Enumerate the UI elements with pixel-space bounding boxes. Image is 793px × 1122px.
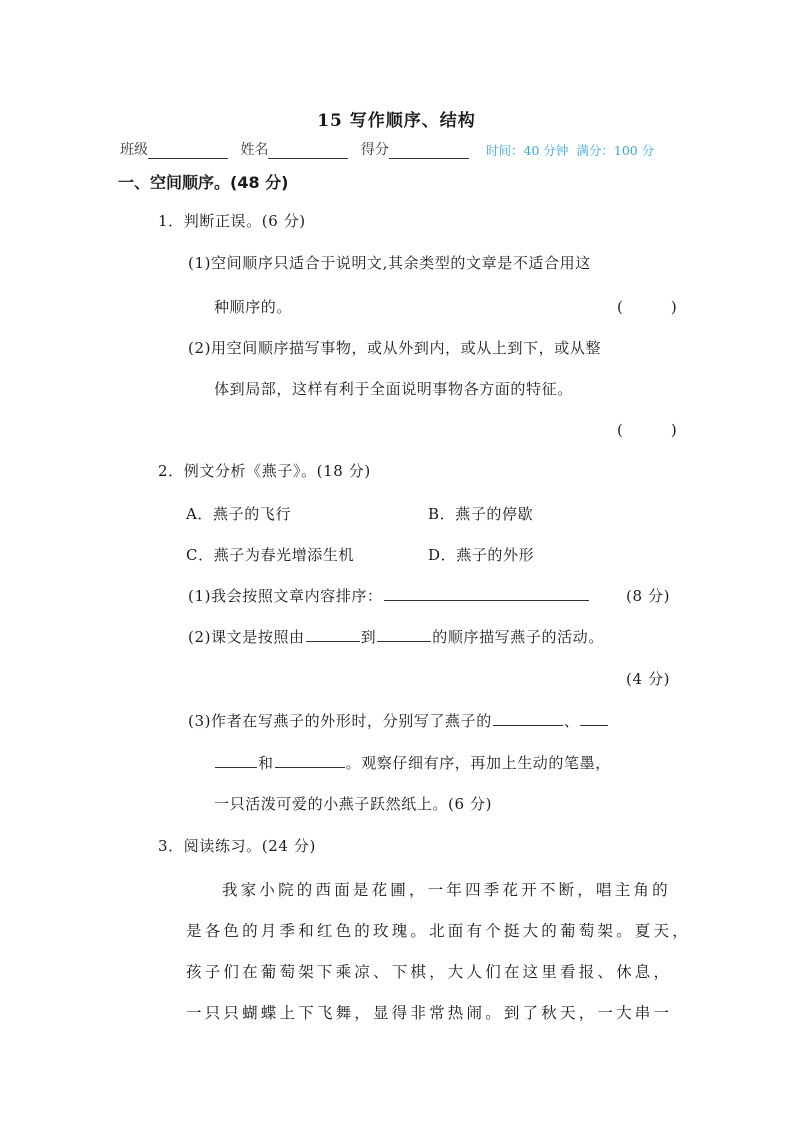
name-field[interactable] bbox=[268, 144, 348, 159]
time-limit: 时间：40 分钟 bbox=[486, 143, 568, 158]
q2-sub-1: (1)我会按照文章内容排序： bbox=[188, 585, 590, 606]
question-2-title: 2．例文分析《燕子》。(18 分) bbox=[158, 460, 371, 481]
q2-sub-1-score: (8 分) bbox=[626, 585, 670, 606]
student-info-row: 班级 姓名 得分 bbox=[120, 139, 477, 159]
q2-option-a: A．燕子的飞行 bbox=[186, 503, 291, 524]
passage-line-3: 孩子们在葡萄架下乘凉、下棋，大人们在这里看报、休息， bbox=[186, 960, 672, 982]
passage-line-2: 是各色的月季和红色的玫瑰。北面有个挺大的葡萄架。夏天， bbox=[186, 919, 691, 941]
q2-sub-2-post: 的顺序描写燕子的活动。 bbox=[432, 628, 604, 646]
q2-sub-3-line3: 一只活泼可爱的小燕子跃然纸上。(6 分) bbox=[214, 793, 492, 814]
q2-option-c: C．燕子为春光增添生机 bbox=[186, 544, 354, 565]
q2-sub-2-mid: 到 bbox=[361, 628, 377, 646]
q1-item-2-line1: (2)用空间顺序描写事物，或从外到内，或从上到下，或从整 bbox=[188, 337, 601, 358]
passage-line-1: 我家小院的西面是花圃，一年四季花开不断，唱主角的 bbox=[222, 878, 671, 900]
option-text: 燕子为春光增添生机 bbox=[214, 546, 354, 564]
score-label: 得分 bbox=[361, 139, 389, 159]
worksheet-title: 15 写作顺序、结构 bbox=[0, 106, 793, 131]
q2-sub-2: (2)课文是按照由到的顺序描写燕子的活动。 bbox=[188, 626, 604, 647]
q1-item-1-line1: (1)空间顺序只适合于说明文,其余类型的文章是不适合用这 bbox=[188, 252, 591, 273]
q2-option-b: B．燕子的停歇 bbox=[428, 503, 533, 524]
q1-item-2-answer[interactable]: ( ) bbox=[617, 419, 683, 440]
q2-sub-3-line2: 和。观察仔细有序，再加上生动的笔墨， bbox=[214, 752, 611, 773]
option-key: C． bbox=[186, 546, 214, 564]
score-field[interactable] bbox=[389, 144, 469, 159]
question-1-title: 1．判断正误。(6 分) bbox=[158, 210, 306, 231]
option-key: A． bbox=[186, 505, 213, 523]
q2-sub-3-and: 和 bbox=[258, 754, 274, 772]
option-text: 燕子的飞行 bbox=[213, 505, 291, 523]
full-score: 满分：100 分 bbox=[576, 143, 654, 158]
q2-sub-3-post: 。观察仔细有序，再加上生动的笔墨， bbox=[346, 754, 611, 772]
to-blank[interactable] bbox=[377, 626, 431, 642]
q2-sub-3-pre: (3)作者在写燕子的外形时，分别写了燕子的 bbox=[188, 712, 492, 730]
q2-sub-2-score: (4 分) bbox=[626, 668, 670, 689]
passage-line-4: 一只只蝴蝶上下飞舞，显得非常热闹。到了秋天，一大串一 bbox=[186, 1001, 672, 1023]
section-heading: 一、空间顺序。(48 分) bbox=[118, 170, 288, 193]
feature-blank-2b[interactable] bbox=[215, 752, 257, 768]
q2-option-d: D．燕子的外形 bbox=[428, 544, 534, 565]
q2-sub-3-line1: (3)作者在写燕子的外形时，分别写了燕子的、 bbox=[188, 710, 609, 731]
option-text: 燕子的外形 bbox=[456, 546, 534, 564]
q2-sub-1-text: (1)我会按照文章内容排序： bbox=[188, 587, 383, 605]
from-blank[interactable] bbox=[306, 626, 360, 642]
option-text: 燕子的停歇 bbox=[455, 505, 533, 523]
option-key: D． bbox=[428, 546, 456, 564]
q1-item-1-line2: 种顺序的。 bbox=[214, 296, 292, 317]
order-answer-blank[interactable] bbox=[384, 585, 589, 601]
q1-item-1-answer[interactable]: ( ) bbox=[617, 296, 683, 317]
q2-sub-2-pre: (2)课文是按照由 bbox=[188, 628, 305, 646]
class-field[interactable] bbox=[148, 144, 228, 159]
question-3-title: 3．阅读练习。(24 分) bbox=[158, 835, 316, 856]
feature-blank-1[interactable] bbox=[493, 710, 563, 726]
class-label: 班级 bbox=[120, 139, 148, 159]
separator: 、 bbox=[564, 712, 580, 730]
exam-meta: 时间：40 分钟满分：100 分 bbox=[486, 141, 662, 159]
name-label: 姓名 bbox=[240, 139, 268, 159]
feature-blank-3[interactable] bbox=[275, 752, 345, 768]
feature-blank-2a[interactable] bbox=[580, 710, 608, 726]
option-key: B． bbox=[428, 505, 455, 523]
q1-item-2-line2: 体到局部，这样有利于全面说明事物各方面的特征。 bbox=[214, 378, 573, 399]
